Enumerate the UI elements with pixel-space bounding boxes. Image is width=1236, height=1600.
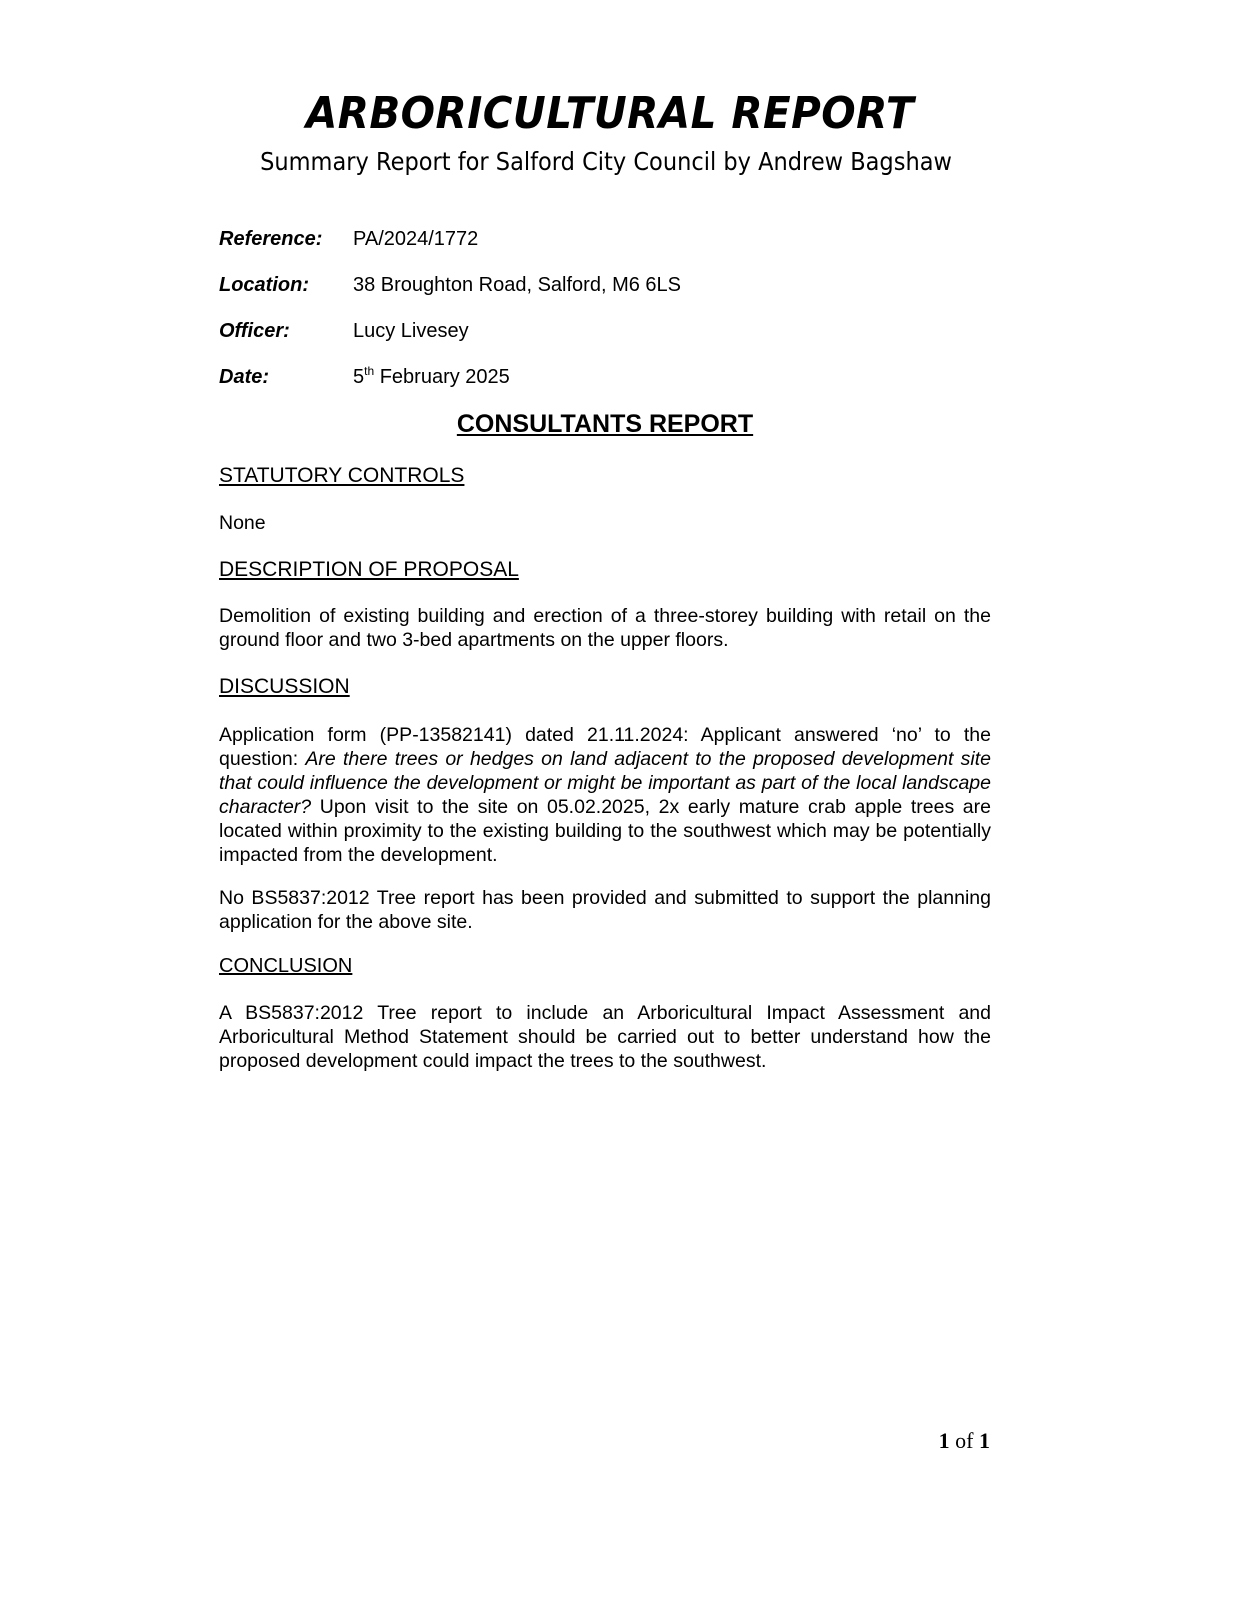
date-day: 5 — [353, 366, 364, 388]
reference-label: Reference: — [219, 228, 322, 251]
discussion-paragraph-1: Application form (PP-13582141) dated 21.… — [219, 723, 991, 867]
date-rest: February 2025 — [374, 366, 510, 388]
heading-statutory-controls: STATUTORY CONTROLS — [219, 464, 464, 488]
page-total: 1 — [979, 1428, 990, 1453]
discussion-paragraph-2: No BS5837:2012 Tree report has been prov… — [219, 886, 991, 934]
report-title: CONSULTANTS REPORT — [0, 410, 1210, 439]
proposal-body: Demolition of existing building and erec… — [219, 604, 991, 652]
heading-conclusion: CONCLUSION — [219, 955, 352, 978]
heading-discussion: DISCUSSION — [219, 675, 350, 699]
reference-value: PA/2024/1772 — [353, 228, 478, 251]
page-of: of — [950, 1428, 979, 1453]
officer-label: Officer: — [219, 320, 290, 343]
document-subtitle: Summary Report for Salford City Council … — [61, 147, 1152, 176]
location-value: 38 Broughton Road, Salford, M6 6LS — [353, 274, 681, 297]
location-label: Location: — [219, 274, 309, 297]
document-title: ARBORICULTURAL REPORT — [49, 88, 1171, 139]
document-page: ARBORICULTURAL REPORT Summary Report for… — [0, 0, 1236, 1600]
page-current: 1 — [939, 1428, 950, 1453]
page-number: 1 of 1 — [900, 1428, 990, 1454]
statutory-controls-body: None — [219, 511, 991, 535]
officer-value: Lucy Livesey — [353, 320, 469, 343]
date-suffix: th — [364, 364, 374, 378]
discussion-text-after: Upon visit to the site on 05.02.2025, 2x… — [219, 796, 991, 866]
date-value: 5th February 2025 — [353, 366, 510, 389]
date-label: Date: — [219, 366, 269, 389]
heading-description-of-proposal: DESCRIPTION OF PROPOSAL — [219, 558, 519, 582]
conclusion-body: A BS5837:2012 Tree report to include an … — [219, 1001, 991, 1073]
